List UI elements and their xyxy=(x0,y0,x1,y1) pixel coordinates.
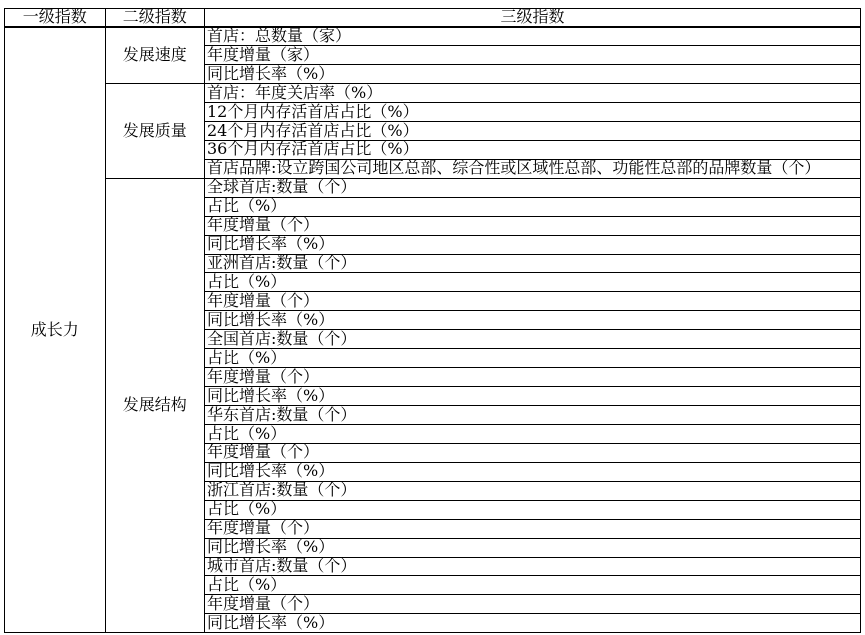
cell-level3-indicator: 同比增长率（%） xyxy=(205,387,861,406)
cell-level3-indicator: 同比增长率（%） xyxy=(205,235,861,254)
cell-level3-indicator: 年度增量（个） xyxy=(205,292,861,311)
cell-level3-indicator: 全国首店:数量（个） xyxy=(205,330,861,349)
cell-level3-indicator: 占比（%） xyxy=(205,500,861,519)
table-header-row: 一级指数 二级指数 三级指数 xyxy=(5,9,861,27)
table-row: 成长力发展速度首店：总数量（家） xyxy=(5,27,861,46)
cell-level3-indicator: 年度增量（个） xyxy=(205,216,861,235)
header-level3-index: 三级指数 xyxy=(205,9,861,27)
cell-level3-indicator: 年度增量（家） xyxy=(205,46,861,65)
cell-level3-indicator: 同比增长率（%） xyxy=(205,614,861,633)
indicator-table: 一级指数 二级指数 三级指数 成长力发展速度首店：总数量（家）年度增量（家）同比… xyxy=(4,8,861,633)
cell-level3-indicator: 城市首店:数量（个） xyxy=(205,557,861,576)
cell-level3-indicator: 36个月内存活首店占比（%） xyxy=(205,140,861,159)
cell-level3-indicator: 首店品牌:设立跨国公司地区总部、综合性或区域性总部、功能性总部的品牌数量（个） xyxy=(205,159,861,178)
cell-level2-section-1: 发展质量 xyxy=(105,84,205,179)
cell-level3-indicator: 同比增长率（%） xyxy=(205,65,861,84)
cell-level3-indicator: 同比增长率（%） xyxy=(205,311,861,330)
cell-level3-indicator: 占比（%） xyxy=(205,424,861,443)
cell-level3-indicator: 占比（%） xyxy=(205,197,861,216)
cell-level2-section-0: 发展速度 xyxy=(105,27,205,84)
cell-level3-indicator: 占比（%） xyxy=(205,576,861,595)
cell-level3-indicator: 同比增长率（%） xyxy=(205,462,861,481)
table-row: 发展质量首店：年度关店率（%） xyxy=(5,84,861,103)
cell-level3-indicator: 首店：年度关店率（%） xyxy=(205,84,861,103)
cell-level3-indicator: 年度增量（个） xyxy=(205,519,861,538)
cell-level3-indicator: 华东首店:数量（个） xyxy=(205,406,861,425)
cell-level3-indicator: 占比（%） xyxy=(205,349,861,368)
cell-level3-indicator: 年度增量（个） xyxy=(205,368,861,387)
cell-level3-indicator: 占比（%） xyxy=(205,273,861,292)
cell-level3-indicator: 浙江首店:数量（个） xyxy=(205,481,861,500)
header-level1-index: 一级指数 xyxy=(5,9,106,27)
cell-level2-section-2: 发展结构 xyxy=(105,178,205,633)
cell-level3-indicator: 同比增长率（%） xyxy=(205,538,861,557)
cell-level3-indicator: 亚洲首店:数量（个） xyxy=(205,254,861,273)
cell-level3-indicator: 12个月内存活首店占比（%） xyxy=(205,103,861,122)
table-body: 成长力发展速度首店：总数量（家）年度增量（家）同比增长率（%）发展质量首店：年度… xyxy=(5,27,861,633)
cell-level3-indicator: 全球首店:数量（个） xyxy=(205,178,861,197)
cell-level3-indicator: 首店：总数量（家） xyxy=(205,27,861,46)
cell-level3-indicator: 24个月内存活首店占比（%） xyxy=(205,121,861,140)
cell-level3-indicator: 年度增量（个） xyxy=(205,443,861,462)
cell-level1-growth: 成长力 xyxy=(5,27,106,633)
header-level2-index: 二级指数 xyxy=(105,9,205,27)
cell-level3-indicator: 年度增量（个） xyxy=(205,595,861,614)
table-row: 发展结构全球首店:数量（个） xyxy=(5,178,861,197)
